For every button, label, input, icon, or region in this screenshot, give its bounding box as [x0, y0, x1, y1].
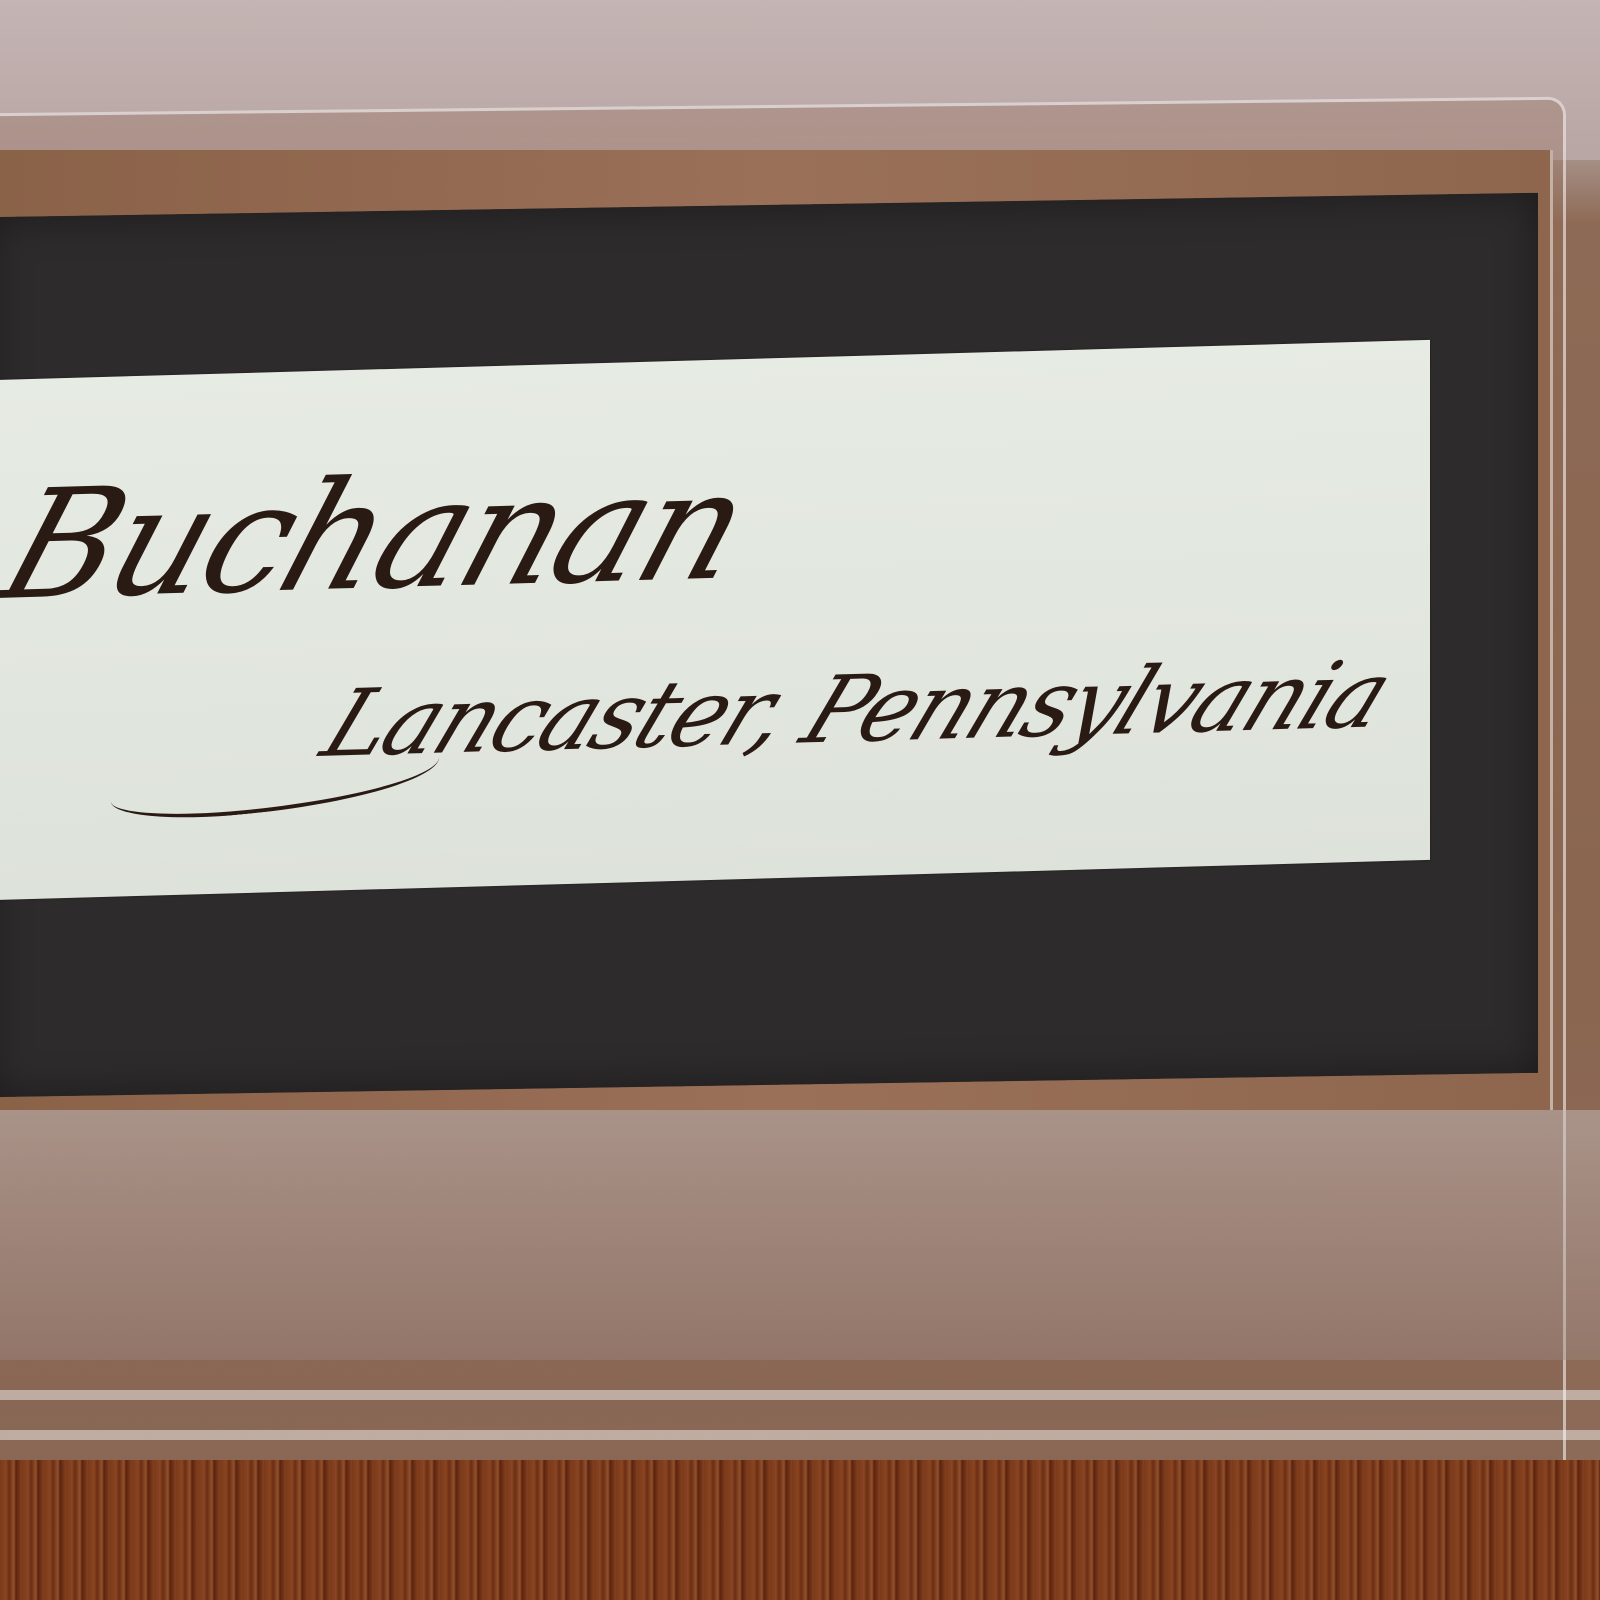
slab-ridge: [0, 1430, 1600, 1440]
signature-place: Lancaster, Pennsylvania: [308, 641, 1404, 779]
signature-name: Buchanan: [0, 438, 766, 634]
signature-card: Buchanan Lancaster, Pennsylvania: [0, 340, 1430, 900]
slab-ridge: [0, 1390, 1600, 1400]
slab-lower-band: [0, 1110, 1600, 1360]
wooden-table: [0, 1460, 1600, 1600]
